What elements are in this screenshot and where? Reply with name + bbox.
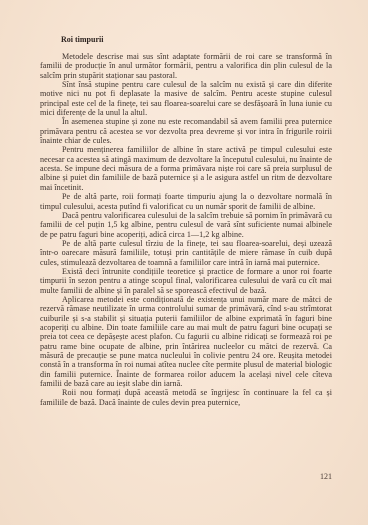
paragraph-4: Pentru menținerea familiilor de albine î… [40,145,332,192]
paragraph-1: Metodele descrise mai sus sînt adaptate … [40,52,332,80]
paragraph-7: Pe de altă parte culesul tîrziu de la fi… [40,239,332,267]
paragraph-5: Pe de altă parte, roii formați foarte ti… [40,192,332,211]
page-number: 121 [320,472,332,481]
paragraph-2: Sînt însă stupine pentru care culesul de… [40,80,332,117]
book-page: Roi timpurii Metodele descrise mai sus s… [40,35,332,407]
paragraph-3: În asemenea stupine și zone nu este reco… [40,117,332,145]
section-heading: Roi timpurii [61,35,332,45]
paragraph-10: Roii nou formați după această metodă se … [40,388,332,407]
paragraph-6: Dacă pentru valorificarea culesului de l… [40,211,332,239]
paragraph-9: Aplicarea metodei este condiționată de e… [40,295,332,388]
paragraph-8: Există deci întrunite condițiile teoreti… [40,267,332,295]
